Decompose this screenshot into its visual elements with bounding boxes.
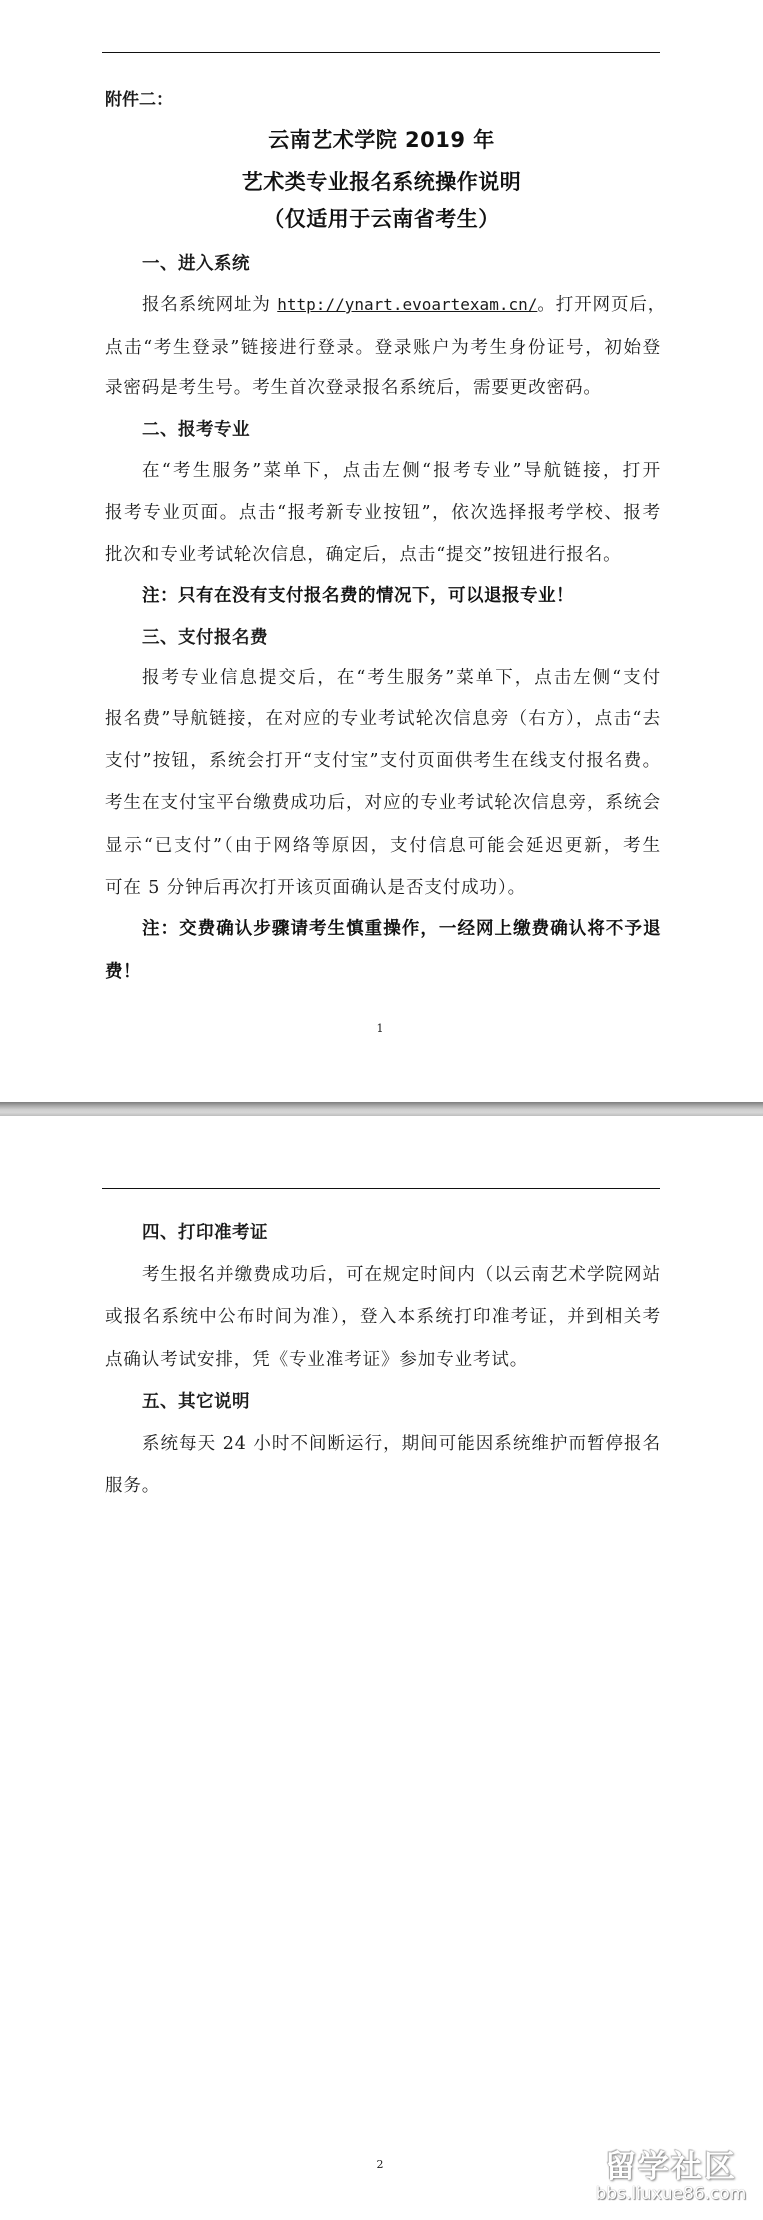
page-header-rule bbox=[102, 52, 660, 53]
page-number: 1 bbox=[370, 1022, 390, 1036]
section-heading-enter-system: 一、进入系统 bbox=[142, 243, 661, 285]
section-heading-pay-fee: 三、支付报名费 bbox=[142, 617, 661, 659]
paragraph-line: 点确认考试安排，凭《专业准考证》参加专业考试。 bbox=[105, 1339, 661, 1381]
paragraph-line: 或报名系统中公布时间为准），登入本系统打印准考证，并到相关考 bbox=[105, 1296, 661, 1338]
paragraph-line: 报考专业页面。点击“报考新专业按钮”，依次选择报考学校、报考 bbox=[105, 492, 661, 534]
paragraph-line: 报考专业信息提交后，在“考生服务”菜单下，点击左侧“支付 bbox=[142, 657, 661, 699]
page-header-rule bbox=[102, 1188, 660, 1189]
document-page-2: 四、打印准考证 考生报名并缴费成功后，可在规定时间内（以云南艺术学院网站 或报名… bbox=[0, 1116, 763, 2220]
paragraph-line: 显示“已支付”（由于网络等原因，支付信息可能会延迟更新，考生 bbox=[105, 825, 661, 867]
document-page-1: 附件二： 云南艺术学院 2019 年 艺术类专业报名系统操作说明 （仅适用于云南… bbox=[0, 0, 763, 1102]
paragraph-line: 考生在支付宝平台缴费成功后，对应的专业考试轮次信息旁，系统会 bbox=[105, 782, 661, 824]
paragraph-line: 考生报名并缴费成功后，可在规定时间内（以云南艺术学院网站 bbox=[142, 1254, 661, 1296]
paragraph-line: 系统每天 24 小时不间断运行，期间可能因系统维护而暂停报名 bbox=[142, 1423, 661, 1465]
document-title-line2: 艺术类专业报名系统操作说明 bbox=[0, 162, 763, 202]
note-withdraw-major: 注：只有在没有支付报名费的情况下，可以退报专业！ bbox=[142, 575, 661, 617]
paragraph-line: 服务。 bbox=[105, 1465, 661, 1507]
attachment-label: 附件二： bbox=[105, 86, 173, 114]
site-watermark: 留学社区 bbs.liuxue86.com bbox=[593, 2150, 749, 2208]
note-no-refund-cont: 费！ bbox=[105, 951, 661, 993]
watermark-brand: 留学社区 bbox=[593, 2150, 749, 2184]
paragraph-line: 支付”按钮，系统会打开“支付宝”支付页面供考生在线支付报名费。 bbox=[105, 740, 661, 782]
page-number: 2 bbox=[370, 2158, 390, 2172]
section-heading-print-admission: 四、打印准考证 bbox=[142, 1212, 661, 1254]
paragraph-line: 在“考生服务”菜单下，点击左侧“报考专业”导航链接，打开 bbox=[142, 450, 661, 492]
paragraph-line: 录密码是考生号。考生首次登录报名系统后，需要更改密码。 bbox=[105, 367, 661, 409]
note-no-refund: 注：交费确认步骤请考生慎重操作，一经网上缴费确认将不予退 bbox=[142, 908, 661, 950]
paragraph-line: 点击“考生登录”链接进行登录。登录账户为考生身份证号，初始登 bbox=[105, 327, 661, 369]
section-heading-other-notes: 五、其它说明 bbox=[142, 1381, 661, 1423]
paragraph-line: 报名费”导航链接，在对应的专业考试轮次信息旁（右方），点击“去 bbox=[105, 698, 661, 740]
watermark-url: bbs.liuxue86.com bbox=[593, 2184, 749, 2204]
paragraph-line: 报名系统网址为 http://ynart.evoartexam.cn/。打开网页… bbox=[142, 284, 661, 326]
registration-site-link[interactable]: http://ynart.evoartexam.cn/ bbox=[277, 295, 537, 314]
section-heading-apply-major: 二、报考专业 bbox=[142, 409, 661, 451]
paragraph-text: 。打开网页后， bbox=[537, 295, 666, 315]
paragraph-text: 报名系统网址为 bbox=[142, 295, 277, 315]
page-separator bbox=[0, 1102, 763, 1116]
paragraph-line: 可在 5 分钟后再次打开该页面确认是否支付成功）。 bbox=[105, 867, 661, 909]
paragraph-line: 批次和专业考试轮次信息，确定后，点击“提交”按钮进行报名。 bbox=[105, 534, 661, 576]
document-title-line1: 云南艺术学院 2019 年 bbox=[0, 120, 763, 160]
document-subtitle: （仅适用于云南省考生） bbox=[0, 199, 763, 239]
